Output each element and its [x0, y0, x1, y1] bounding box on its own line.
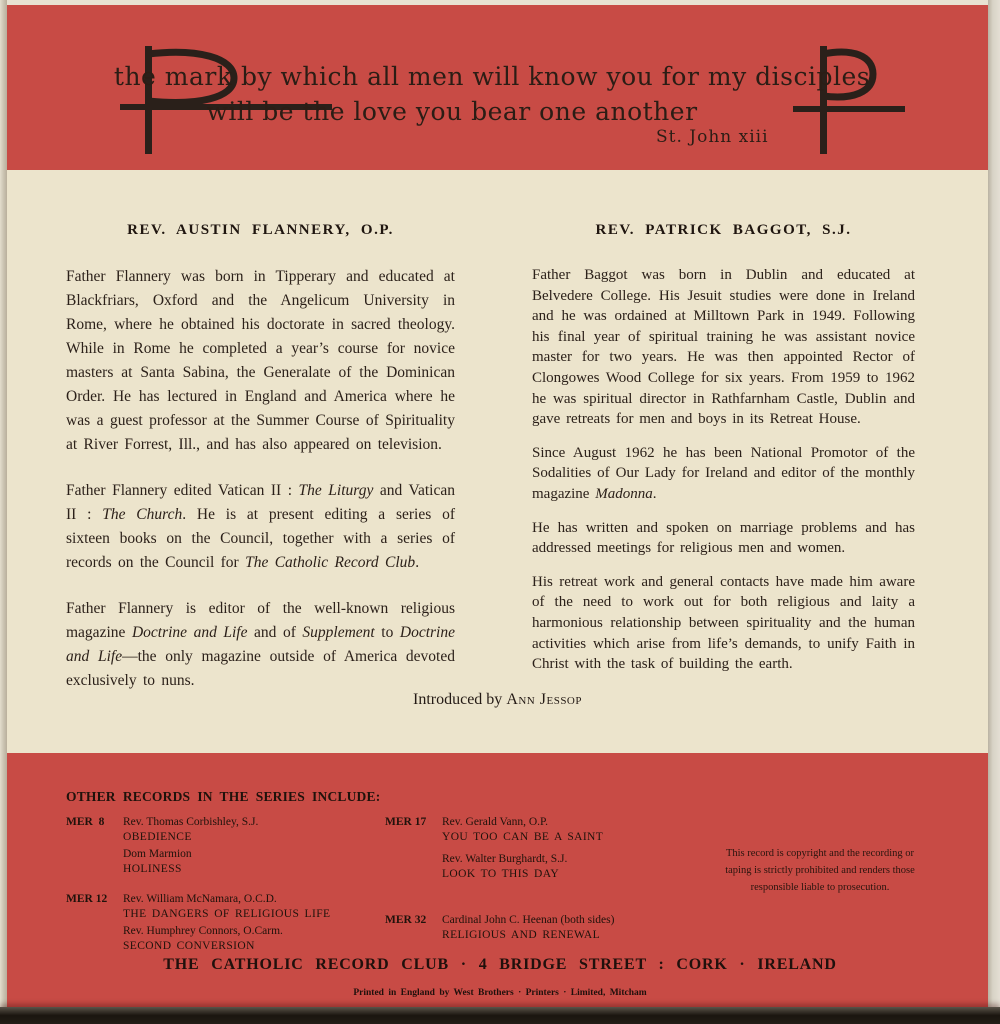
quote-line-1: the mark by which all men will know you … — [0, 62, 992, 91]
introduced-by-line: Introduced by Ann Jessop — [7, 691, 988, 709]
record-entry: Rev. William McNamara, O.C.D. THE DANGER… — [123, 893, 330, 921]
record-artist: Rev. Humphrey Connors, O.Carm. — [123, 925, 330, 938]
record-entry: Rev. Humphrey Connors, O.Carm. SECOND CO… — [123, 925, 330, 953]
bio-paragraph: His retreat work and general contacts ha… — [532, 572, 915, 675]
record-group: MER 12 Rev. William McNamara, O.C.D. THE… — [66, 893, 330, 957]
records-heading: OTHER RECORDS IN THE SERIES INCLUDE: — [66, 789, 380, 805]
bio-panel: REV. AUSTIN FLANNERY, O.P. Father Flanne… — [7, 170, 988, 753]
printer-credit: Printed in England by West Brothers · Pr… — [0, 988, 1000, 998]
records-column-1: MER 8 Rev. Thomas Corbishley, S.J. OBEDI… — [66, 816, 330, 970]
catalog-number: MER 8 — [66, 816, 123, 880]
sleeve-edge-left — [0, 0, 7, 1007]
quote-line-2: will be the love you bear one another — [0, 97, 952, 126]
bio-heading-baggot: REV. PATRICK BAGGOT, S.J. — [532, 222, 915, 239]
record-artist: Rev. Walter Burghardt, S.J. — [442, 853, 603, 866]
record-title: HOLINESS — [123, 863, 258, 876]
record-artist: Cardinal John C. Heenan (both sides) — [442, 914, 614, 927]
record-entry: Rev. Walter Burghardt, S.J. LOOK TO THIS… — [442, 853, 603, 881]
introducer-name: Ann Jessop — [506, 691, 582, 708]
copyright-line: This record is copyright and the recordi… — [702, 845, 938, 862]
record-artist: Rev. William McNamara, O.C.D. — [123, 893, 330, 906]
bio-paragraph: Father Baggot was born in Dublin and edu… — [532, 265, 915, 430]
record-entry: Dom Marmion HOLINESS — [123, 848, 258, 876]
record-artist: Rev. Gerald Vann, O.P. — [442, 816, 603, 829]
bio-heading-flannery: REV. AUSTIN FLANNERY, O.P. — [66, 222, 455, 239]
bio-paragraph: Father Flannery is editor of the well-kn… — [66, 597, 455, 693]
records-column-2: MER 17 Rev. Gerald Vann, O.P. YOU TOO CA… — [385, 816, 614, 975]
record-title: THE DANGERS OF RELIGIOUS LIFE — [123, 908, 330, 921]
record-title: SECOND CONVERSION — [123, 940, 330, 953]
record-title: YOU TOO CAN BE A SAINT — [442, 831, 603, 844]
catalog-number: MER 17 — [385, 816, 442, 890]
record-title: OBEDIENCE — [123, 831, 258, 844]
bio-flannery: REV. AUSTIN FLANNERY, O.P. Father Flanne… — [66, 222, 455, 693]
bio-paragraph: Since August 1962 he has been National P… — [532, 443, 915, 505]
bio-baggot: REV. PATRICK BAGGOT, S.J. Father Baggot … — [532, 222, 915, 675]
bio-paragraph: He has written and spoken on marriage pr… — [532, 518, 915, 559]
publisher-address: THE CATHOLIC RECORD CLUB · 4 BRIDGE STRE… — [0, 956, 1000, 974]
catalog-number: MER 12 — [66, 893, 123, 957]
record-artist: Rev. Thomas Corbishley, S.J. — [123, 816, 258, 829]
quote-attribution: St. John xiii — [656, 127, 769, 147]
sleeve-edge-top — [0, 0, 1000, 5]
record-group: MER 17 Rev. Gerald Vann, O.P. YOU TOO CA… — [385, 816, 614, 890]
sleeve-edge-bottom — [0, 1007, 1000, 1024]
sleeve-edge-right — [988, 0, 1000, 1007]
record-group: MER 8 Rev. Thomas Corbishley, S.J. OBEDI… — [66, 816, 330, 880]
record-artist: Dom Marmion — [123, 848, 258, 861]
record-title: RELIGIOUS AND RENEWAL — [442, 929, 614, 942]
introduced-prefix: Introduced by — [413, 691, 506, 708]
record-title: LOOK TO THIS DAY — [442, 868, 603, 881]
record-group: MER 32 Cardinal John C. Heenan (both sid… — [385, 914, 614, 951]
bio-paragraph: Father Flannery was born in Tipperary an… — [66, 265, 455, 457]
bio-paragraph: Father Flannery edited Vatican II : The … — [66, 479, 455, 575]
copyright-line: taping is strictly prohibited and render… — [702, 862, 938, 879]
copyright-notice: This record is copyright and the recordi… — [702, 845, 938, 896]
copyright-line: responsible liable to prosecution. — [702, 879, 938, 896]
record-entry: Cardinal John C. Heenan (both sides) REL… — [442, 914, 614, 942]
record-entry: Rev. Thomas Corbishley, S.J. OBEDIENCE — [123, 816, 258, 844]
record-entry: Rev. Gerald Vann, O.P. YOU TOO CAN BE A … — [442, 816, 603, 844]
catalog-number: MER 32 — [385, 914, 442, 951]
